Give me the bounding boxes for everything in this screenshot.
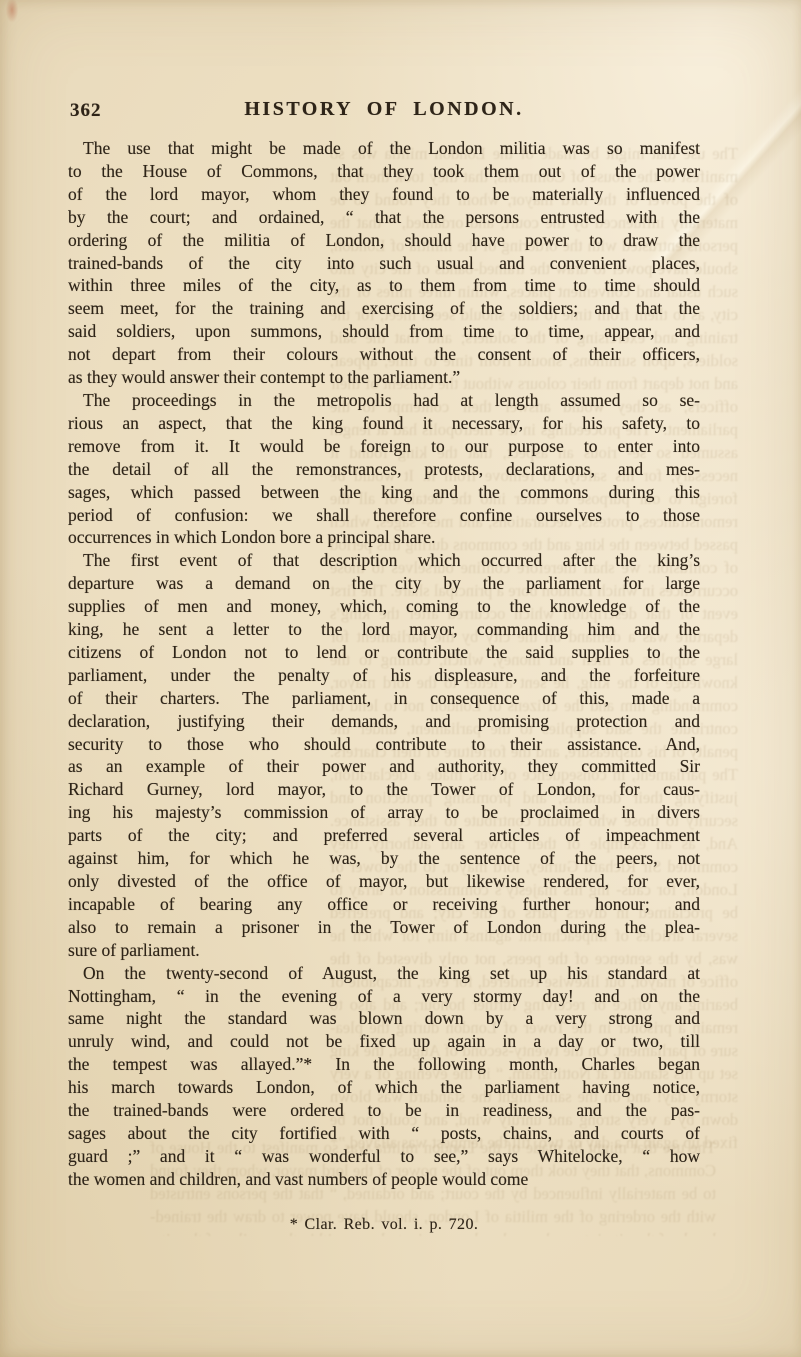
text-line: guard ;” and it “ was wonderful to see,”… — [68, 1145, 700, 1168]
text-line: citizens of London not to lend or contri… — [68, 641, 700, 664]
paragraph: On the twenty-second of August, the king… — [68, 962, 700, 1191]
text-line: supplies of men and money, which, coming… — [68, 595, 700, 618]
text-line: parts of the city; and preferred several… — [68, 824, 700, 847]
running-header: HISTORY OF LONDON. — [68, 98, 700, 121]
text-line: said soldiers, upon summons, should from… — [68, 320, 700, 343]
text-line: ordering of the militia of London, shoul… — [68, 229, 700, 252]
text-line: by the court; and ordained, “ that the p… — [68, 206, 700, 229]
paragraph: The first event of that description whic… — [68, 549, 700, 961]
text-line: the trained-bands were ordered to be in … — [68, 1099, 700, 1122]
text-line: sure of parliament. — [68, 939, 700, 962]
text-line: period of confusion: we shall therefore … — [68, 504, 700, 527]
text-line: to the House of Commons, that they took … — [68, 160, 700, 183]
text-line: On the twenty-second of August, the king… — [68, 962, 700, 985]
text-line: sages, which passed between the king and… — [68, 481, 700, 504]
text-line: his march towards London, of which the p… — [68, 1076, 700, 1099]
text-line: only divested of the office of mayor, bu… — [68, 870, 700, 893]
text-line: occurrences in which London bore a princ… — [68, 526, 700, 549]
text-line: rious an aspect, that the king found it … — [68, 412, 700, 435]
text-line: unruly wind, and could not be fixed up a… — [68, 1030, 700, 1053]
text-line: the detail of all the remonstrances, pro… — [68, 458, 700, 481]
text-line: The first event of that description whic… — [68, 549, 700, 572]
text-line: departure was a demand on the city by th… — [68, 572, 700, 595]
text-line: within three miles of the city, as to th… — [68, 274, 700, 297]
text-line: remove from it. It would be foreign to o… — [68, 435, 700, 458]
text-line: ing his majesty’s commission of array to… — [68, 801, 700, 824]
page-body-text: The use that might be made of the London… — [68, 137, 700, 1191]
text-line: king, he sent a letter to the lord mayor… — [68, 618, 700, 641]
text-line: sages about the city fortified with “ po… — [68, 1122, 700, 1145]
text-line: also to remain a prisoner in the Tower o… — [68, 916, 700, 939]
text-line: of their charters. The parliament, in co… — [68, 687, 700, 710]
text-line: the tempest was allayed.”* In the follow… — [68, 1053, 700, 1076]
text-line: Nottingham, “ in the evening of a very s… — [68, 985, 700, 1008]
text-line: The proceedings in the metropolis had at… — [68, 389, 700, 412]
text-line: seem meet, for the training and exercisi… — [68, 297, 700, 320]
book-page: 362 HISTORY OF LONDON. The use that migh… — [0, 0, 801, 1357]
text-line: of the lord mayor, whom they found to be… — [68, 183, 700, 206]
text-line: not depart from their colours without th… — [68, 343, 700, 366]
text-line: the women and children, and vast numbers… — [68, 1168, 700, 1191]
text-line: incapable of bearing any office or recei… — [68, 893, 700, 916]
paragraph: The use that might be made of the London… — [68, 137, 700, 389]
text-line: security to those who should contribute … — [68, 733, 700, 756]
paragraph: The proceedings in the metropolis had at… — [68, 389, 700, 549]
text-line: declaration, justifying their demands, a… — [68, 710, 700, 733]
text-line: as they would answer their contempt to t… — [68, 366, 700, 389]
footnote: * Clar. Reb. vol. i. p. 720. — [68, 1216, 700, 1234]
text-line: Richard Gurney, lord mayor, to the Tower… — [68, 778, 700, 801]
text-line: The use that might be made of the London… — [68, 137, 700, 160]
text-line: trained-bands of the city into such usua… — [68, 252, 700, 275]
text-line: parliament, under the penalty of his dis… — [68, 664, 700, 687]
text-line: as an example of their power and authori… — [68, 755, 700, 778]
text-line: against him, for which he was, by the se… — [68, 847, 700, 870]
text-line: same night the standard was blown down b… — [68, 1007, 700, 1030]
